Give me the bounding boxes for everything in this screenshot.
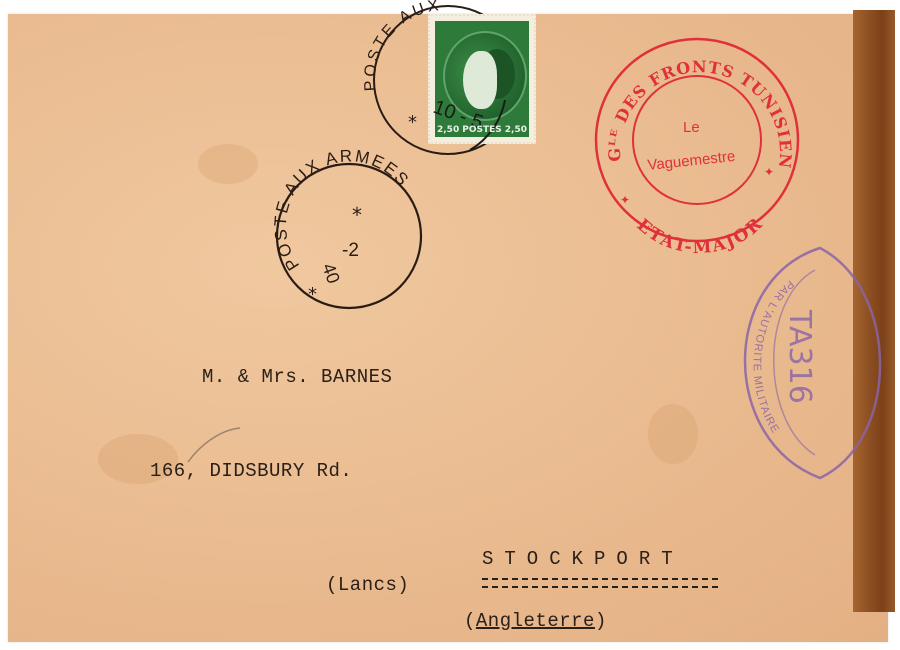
address-county: (Lancs) bbox=[326, 574, 409, 596]
pen-mark bbox=[0, 0, 900, 650]
address-city: STOCKPORT bbox=[482, 548, 684, 570]
stamp-label: POSTES bbox=[462, 125, 502, 135]
stamp-value-right: 2,50 bbox=[505, 125, 527, 135]
stamp-value-left: 2,50 bbox=[437, 125, 459, 135]
address-country: (Angleterre) bbox=[464, 610, 607, 632]
address-recipient: M. & Mrs. BARNES bbox=[202, 366, 392, 388]
city-underline bbox=[482, 578, 718, 588]
address-street: 166, DIDSBURY Rd. bbox=[150, 460, 352, 482]
